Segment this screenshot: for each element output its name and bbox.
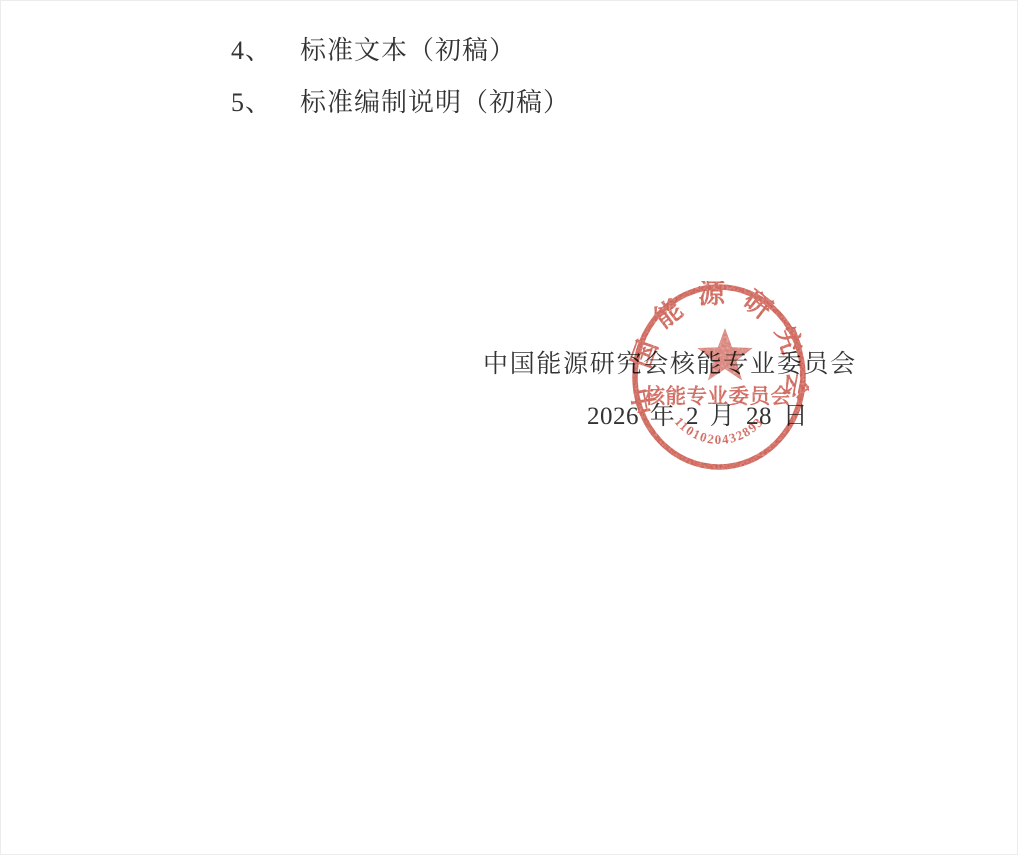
list-item-number: 4、 [231, 36, 272, 65]
list-item-text: 标准文本（初稿） [300, 36, 516, 65]
list-item-5: 5、标准编制说明（初稿） [231, 90, 570, 116]
signature-organization: 中国能源研究会核能专业委员会 [483, 352, 857, 377]
list-item-number: 5、 [231, 88, 272, 117]
list-item-text: 标准编制说明（初稿） [300, 88, 570, 117]
signature-date: 2026 年 2 月 28 日 [587, 404, 808, 429]
svg-text:中国能源研究会: 中国能源研究会 [629, 281, 809, 417]
seal-ring-text: 中国能源研究会 [629, 281, 809, 417]
list-item-4: 4、标准文本（初稿） [231, 38, 516, 64]
document-page: 4、标准文本（初稿） 5、标准编制说明（初稿） 中国能源研究会核能专业委员会 2… [0, 0, 1018, 855]
